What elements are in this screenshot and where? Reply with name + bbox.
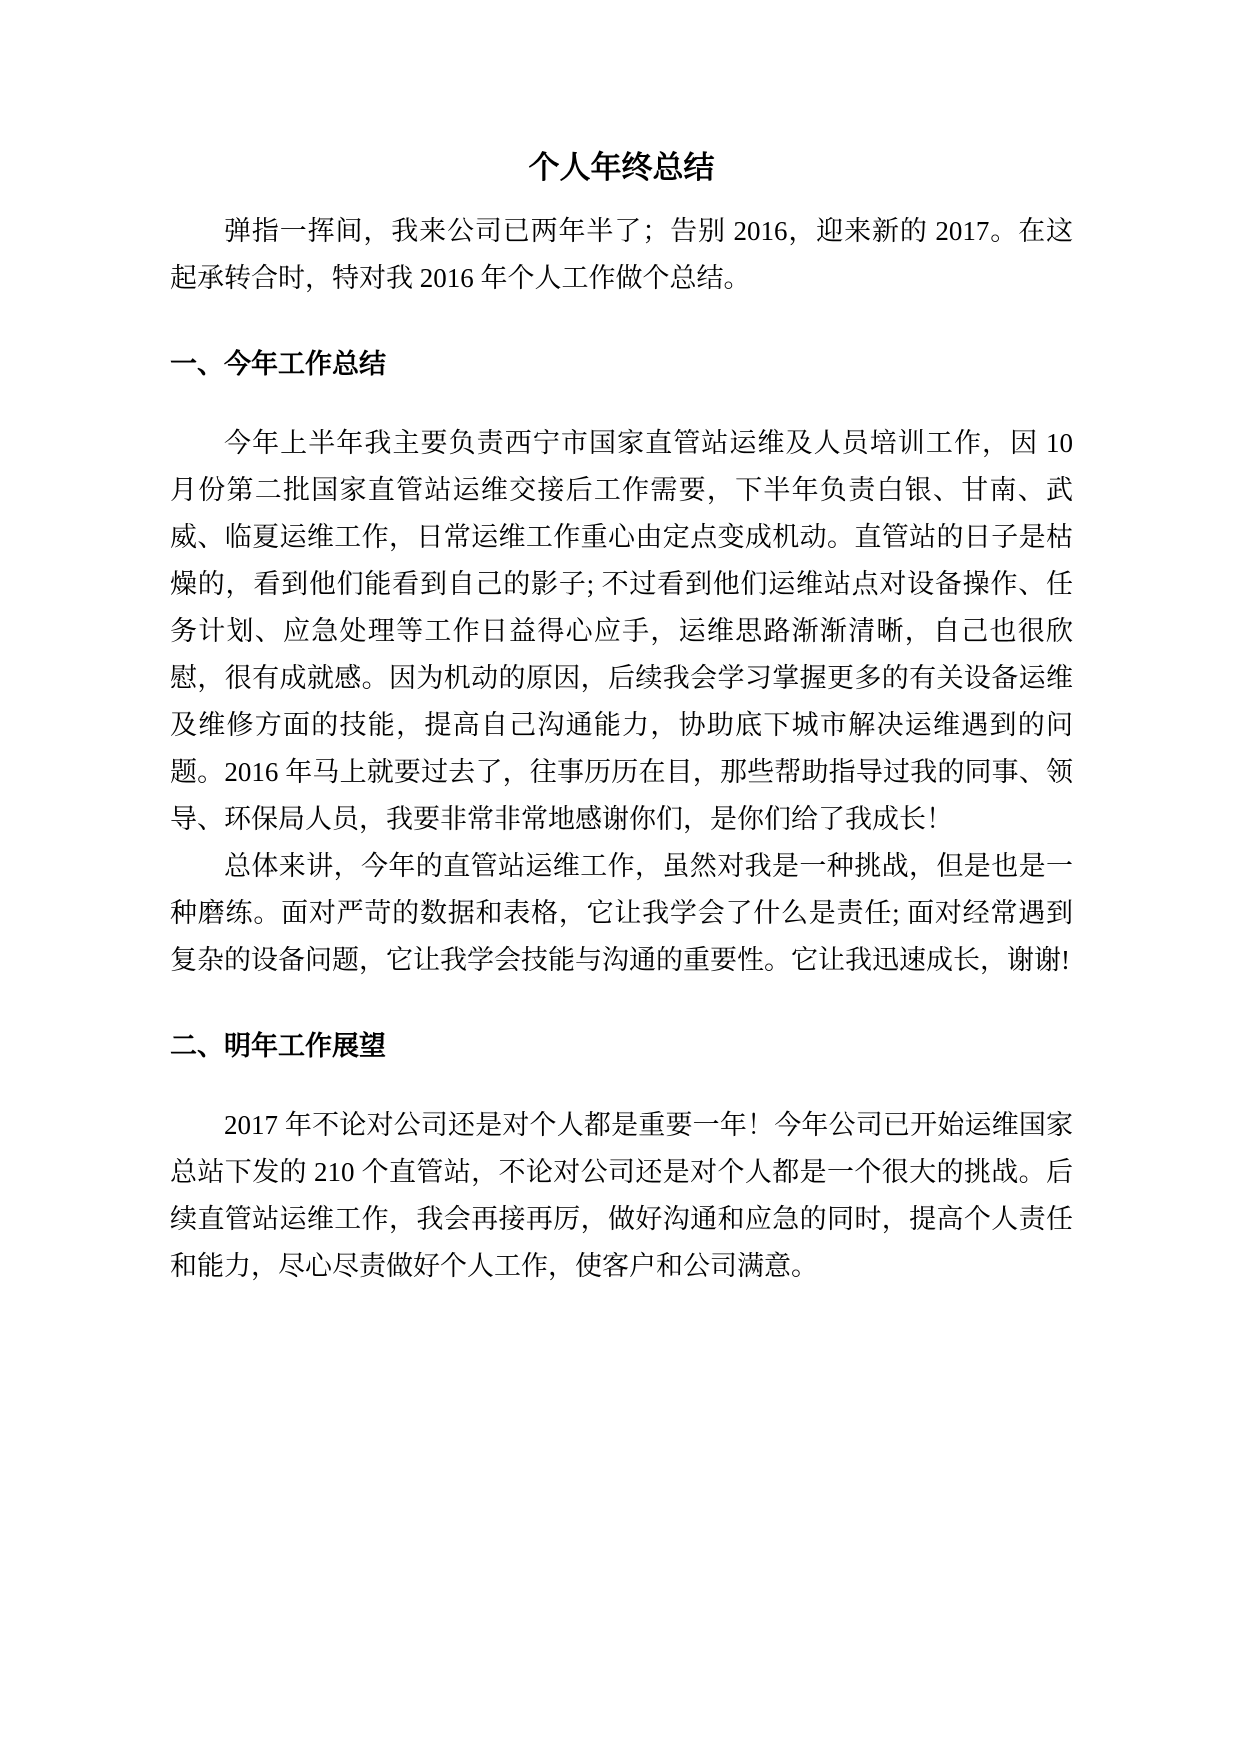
document-title: 个人年终总结 — [170, 148, 1073, 188]
section-1-paragraph-2: 总体来讲，今年的直管站运维工作，虽然对我是一种挑战，但是也是一种磨练。面对严苛的… — [170, 843, 1073, 984]
section-1-paragraph-1: 今年上半年我主要负责西宁市国家直管站运维及人员培训工作，因 10 月份第二批国家… — [170, 420, 1073, 843]
section-heading-this-year-summary: 一、今年工作总结 — [170, 346, 1073, 382]
section-2-paragraph-1: 2017 年不论对公司还是对个人都是重要一年！今年公司已开始运维国家总站下发的 … — [170, 1102, 1073, 1290]
document-page: 个人年终总结 弹指一挥间，我来公司已两年半了；告别 2016，迎来新的 2017… — [0, 0, 1241, 1754]
section-heading-next-year-outlook: 二、明年工作展望 — [170, 1028, 1073, 1064]
intro-paragraph: 弹指一挥间，我来公司已两年半了；告别 2016，迎来新的 2017。在这起承转合… — [170, 208, 1073, 302]
